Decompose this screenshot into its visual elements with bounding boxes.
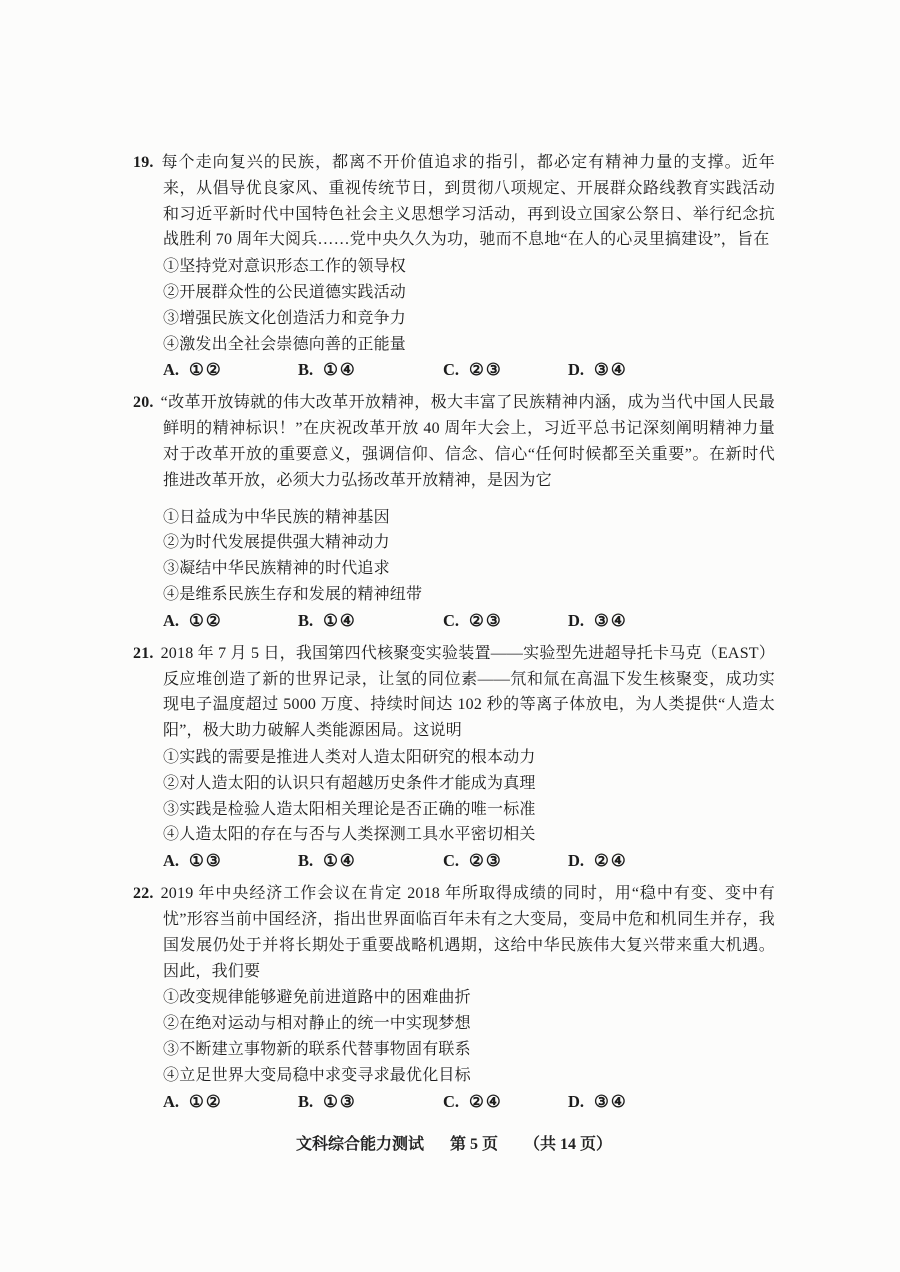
choice-d: D.③④ xyxy=(568,357,628,383)
choice-value: ①② xyxy=(189,1092,223,1111)
choice-c: C.②④ xyxy=(443,1089,568,1115)
footer-total-pages: （共 14 页） xyxy=(524,1136,612,1153)
choice-label: D. xyxy=(568,360,584,379)
choice-label: A. xyxy=(163,611,179,630)
choice-a: A.①② xyxy=(163,357,298,383)
choice-a: A.①③ xyxy=(163,848,298,874)
choice-label: B. xyxy=(298,1092,313,1111)
footer-page-number: 第 5 页 xyxy=(450,1136,498,1153)
choice-value: ②④ xyxy=(469,1092,503,1111)
question-number: 19. xyxy=(133,154,161,171)
choice-label: A. xyxy=(163,360,179,379)
choice-label: D. xyxy=(568,851,584,870)
questions-area: 19.每个走向复兴的民族，都离不开价值追求的指引，都必定有精神力量的支撑。近年来… xyxy=(133,150,775,1154)
choice-label: C. xyxy=(443,851,459,870)
choice-label: C. xyxy=(443,1092,459,1111)
choice-label: A. xyxy=(163,851,179,870)
sub-option-list: ①改变规律能够避免前进道路中的困难曲折 ②在绝对运动与相对静止的统一中实现梦想 … xyxy=(133,985,775,1088)
footer-exam-title: 文科综合能力测试 xyxy=(296,1136,424,1153)
question-text: 2019 年中央经济工作会议在肯定 2018 年所取得成绩的同时，用“稳中有变、… xyxy=(161,885,775,979)
question-19: 19.每个走向复兴的民族，都离不开价值追求的指引，都必定有精神力量的支撑。近年来… xyxy=(133,150,775,383)
choice-row: A.①③ B.①④ C.②③ D.②④ xyxy=(133,848,775,874)
question-21: 21.2018 年 7 月 5 日，我国第四代核聚变实验装置——实验型先进超导托… xyxy=(133,641,775,874)
sub-option-4: ④是维系民族生存和发展的精神纽带 xyxy=(163,582,775,608)
question-number: 21. xyxy=(133,645,161,662)
question-stem: 21.2018 年 7 月 5 日，我国第四代核聚变实验装置——实验型先进超导托… xyxy=(133,641,775,744)
choice-b: B.①④ xyxy=(298,357,443,383)
choice-label: A. xyxy=(163,1092,179,1111)
question-text: 2018 年 7 月 5 日，我国第四代核聚变实验装置——实验型先进超导托卡马克… xyxy=(161,645,775,739)
choice-value: ②③ xyxy=(469,851,503,870)
choice-row: A.①② B.①④ C.②③ D.③④ xyxy=(133,357,775,383)
sub-option-list: ①日益成为中华民族的精神基因 ②为时代发展提供强大精神动力 ③凝结中华民族精神的… xyxy=(133,505,775,608)
choice-value: ①④ xyxy=(323,360,357,379)
choice-d: D.②④ xyxy=(568,848,628,874)
choice-label: B. xyxy=(298,851,313,870)
question-stem: 22.2019 年中央经济工作会议在肯定 2018 年所取得成绩的同时，用“稳中… xyxy=(133,881,775,984)
question-stem: 19.每个走向复兴的民族，都离不开价值追求的指引，都必定有精神力量的支撑。近年来… xyxy=(133,150,775,253)
choice-b: B.①③ xyxy=(298,1089,443,1115)
sub-option-1: ①日益成为中华民族的精神基因 xyxy=(163,505,775,531)
sub-option-2: ②开展群众性的公民道德实践活动 xyxy=(163,280,775,306)
sub-option-2: ②为时代发展提供强大精神动力 xyxy=(163,530,775,556)
choice-b: B.①④ xyxy=(298,848,443,874)
choice-label: B. xyxy=(298,360,313,379)
choice-a: A.①② xyxy=(163,1089,298,1115)
choice-label: B. xyxy=(298,611,313,630)
question-stem: 20.“改革开放铸就的伟大改革开放精神，极大丰富了民族精神内涵，成为当代中国人民… xyxy=(133,390,775,493)
choice-value: ①② xyxy=(189,360,223,379)
choice-row: A.①② B.①③ C.②④ D.③④ xyxy=(133,1089,775,1115)
choice-c: C.②③ xyxy=(443,357,568,383)
sub-option-4: ④激发出全社会崇德向善的正能量 xyxy=(163,332,775,358)
sub-option-3: ③凝结中华民族精神的时代追求 xyxy=(163,556,775,582)
sub-option-2: ②对人造太阳的认识只有超越历史条件才能成为真理 xyxy=(163,771,775,797)
choice-row: A.①② B.①④ C.②③ D.③④ xyxy=(133,608,775,634)
choice-value: ①③ xyxy=(189,851,223,870)
choice-a: A.①② xyxy=(163,608,298,634)
choice-value: ①④ xyxy=(323,851,357,870)
sub-option-1: ①实践的需要是推进人类对人造太阳研究的根本动力 xyxy=(163,745,775,771)
sub-option-3: ③实践是检验人造太阳相关理论是否正确的唯一标准 xyxy=(163,797,775,823)
question-number: 20. xyxy=(133,394,161,411)
choice-label: D. xyxy=(568,611,584,630)
sub-option-2: ②在绝对运动与相对静止的统一中实现梦想 xyxy=(163,1011,775,1037)
question-number: 22. xyxy=(133,885,161,902)
choice-d: D.③④ xyxy=(568,1089,628,1115)
choice-value: ②③ xyxy=(469,360,503,379)
choice-value: ③④ xyxy=(594,1092,628,1111)
sub-option-3: ③不断建立事物新的联系代替事物固有联系 xyxy=(163,1037,775,1063)
choice-c: C.②③ xyxy=(443,608,568,634)
choice-label: D. xyxy=(568,1092,584,1111)
sub-option-list: ①实践的需要是推进人类对人造太阳研究的根本动力 ②对人造太阳的认识只有超越历史条… xyxy=(133,745,775,848)
question-22: 22.2019 年中央经济工作会议在肯定 2018 年所取得成绩的同时，用“稳中… xyxy=(133,881,775,1114)
choice-b: B.①④ xyxy=(298,608,443,634)
sub-option-4: ④立足世界大变局稳中求变寻求最优化目标 xyxy=(163,1063,775,1089)
choice-value: ③④ xyxy=(594,611,628,630)
sub-option-4: ④人造太阳的存在与否与人类探测工具水平密切相关 xyxy=(163,822,775,848)
page-footer: 文科综合能力测试第 5 页（共 14 页） xyxy=(133,1131,775,1154)
choice-value: ①④ xyxy=(323,611,357,630)
choice-label: C. xyxy=(443,360,459,379)
choice-value: ③④ xyxy=(594,360,628,379)
choice-value: ①② xyxy=(189,611,223,630)
sub-option-3: ③增强民族文化创造活力和竞争力 xyxy=(163,306,775,332)
question-20: 20.“改革开放铸就的伟大改革开放精神，极大丰富了民族精神内涵，成为当代中国人民… xyxy=(133,390,775,633)
question-text: 每个走向复兴的民族，都离不开价值追求的指引，都必定有精神力量的支撑。近年来，从倡… xyxy=(161,154,775,248)
sub-option-1: ①坚持党对意识形态工作的领导权 xyxy=(163,254,775,280)
choice-value: ①③ xyxy=(323,1092,357,1111)
exam-paper-page: 19.每个走向复兴的民族，都离不开价值追求的指引，都必定有精神力量的支撑。近年来… xyxy=(0,0,900,1272)
choice-d: D.③④ xyxy=(568,608,628,634)
choice-label: C. xyxy=(443,611,459,630)
choice-value: ②④ xyxy=(594,851,628,870)
sub-option-1: ①改变规律能够避免前进道路中的困难曲折 xyxy=(163,985,775,1011)
sub-option-list: ①坚持党对意识形态工作的领导权 ②开展群众性的公民道德实践活动 ③增强民族文化创… xyxy=(133,254,775,357)
choice-c: C.②③ xyxy=(443,848,568,874)
question-text: “改革开放铸就的伟大改革开放精神，极大丰富了民族精神内涵，成为当代中国人民最鲜明… xyxy=(161,394,775,488)
choice-value: ②③ xyxy=(469,611,503,630)
